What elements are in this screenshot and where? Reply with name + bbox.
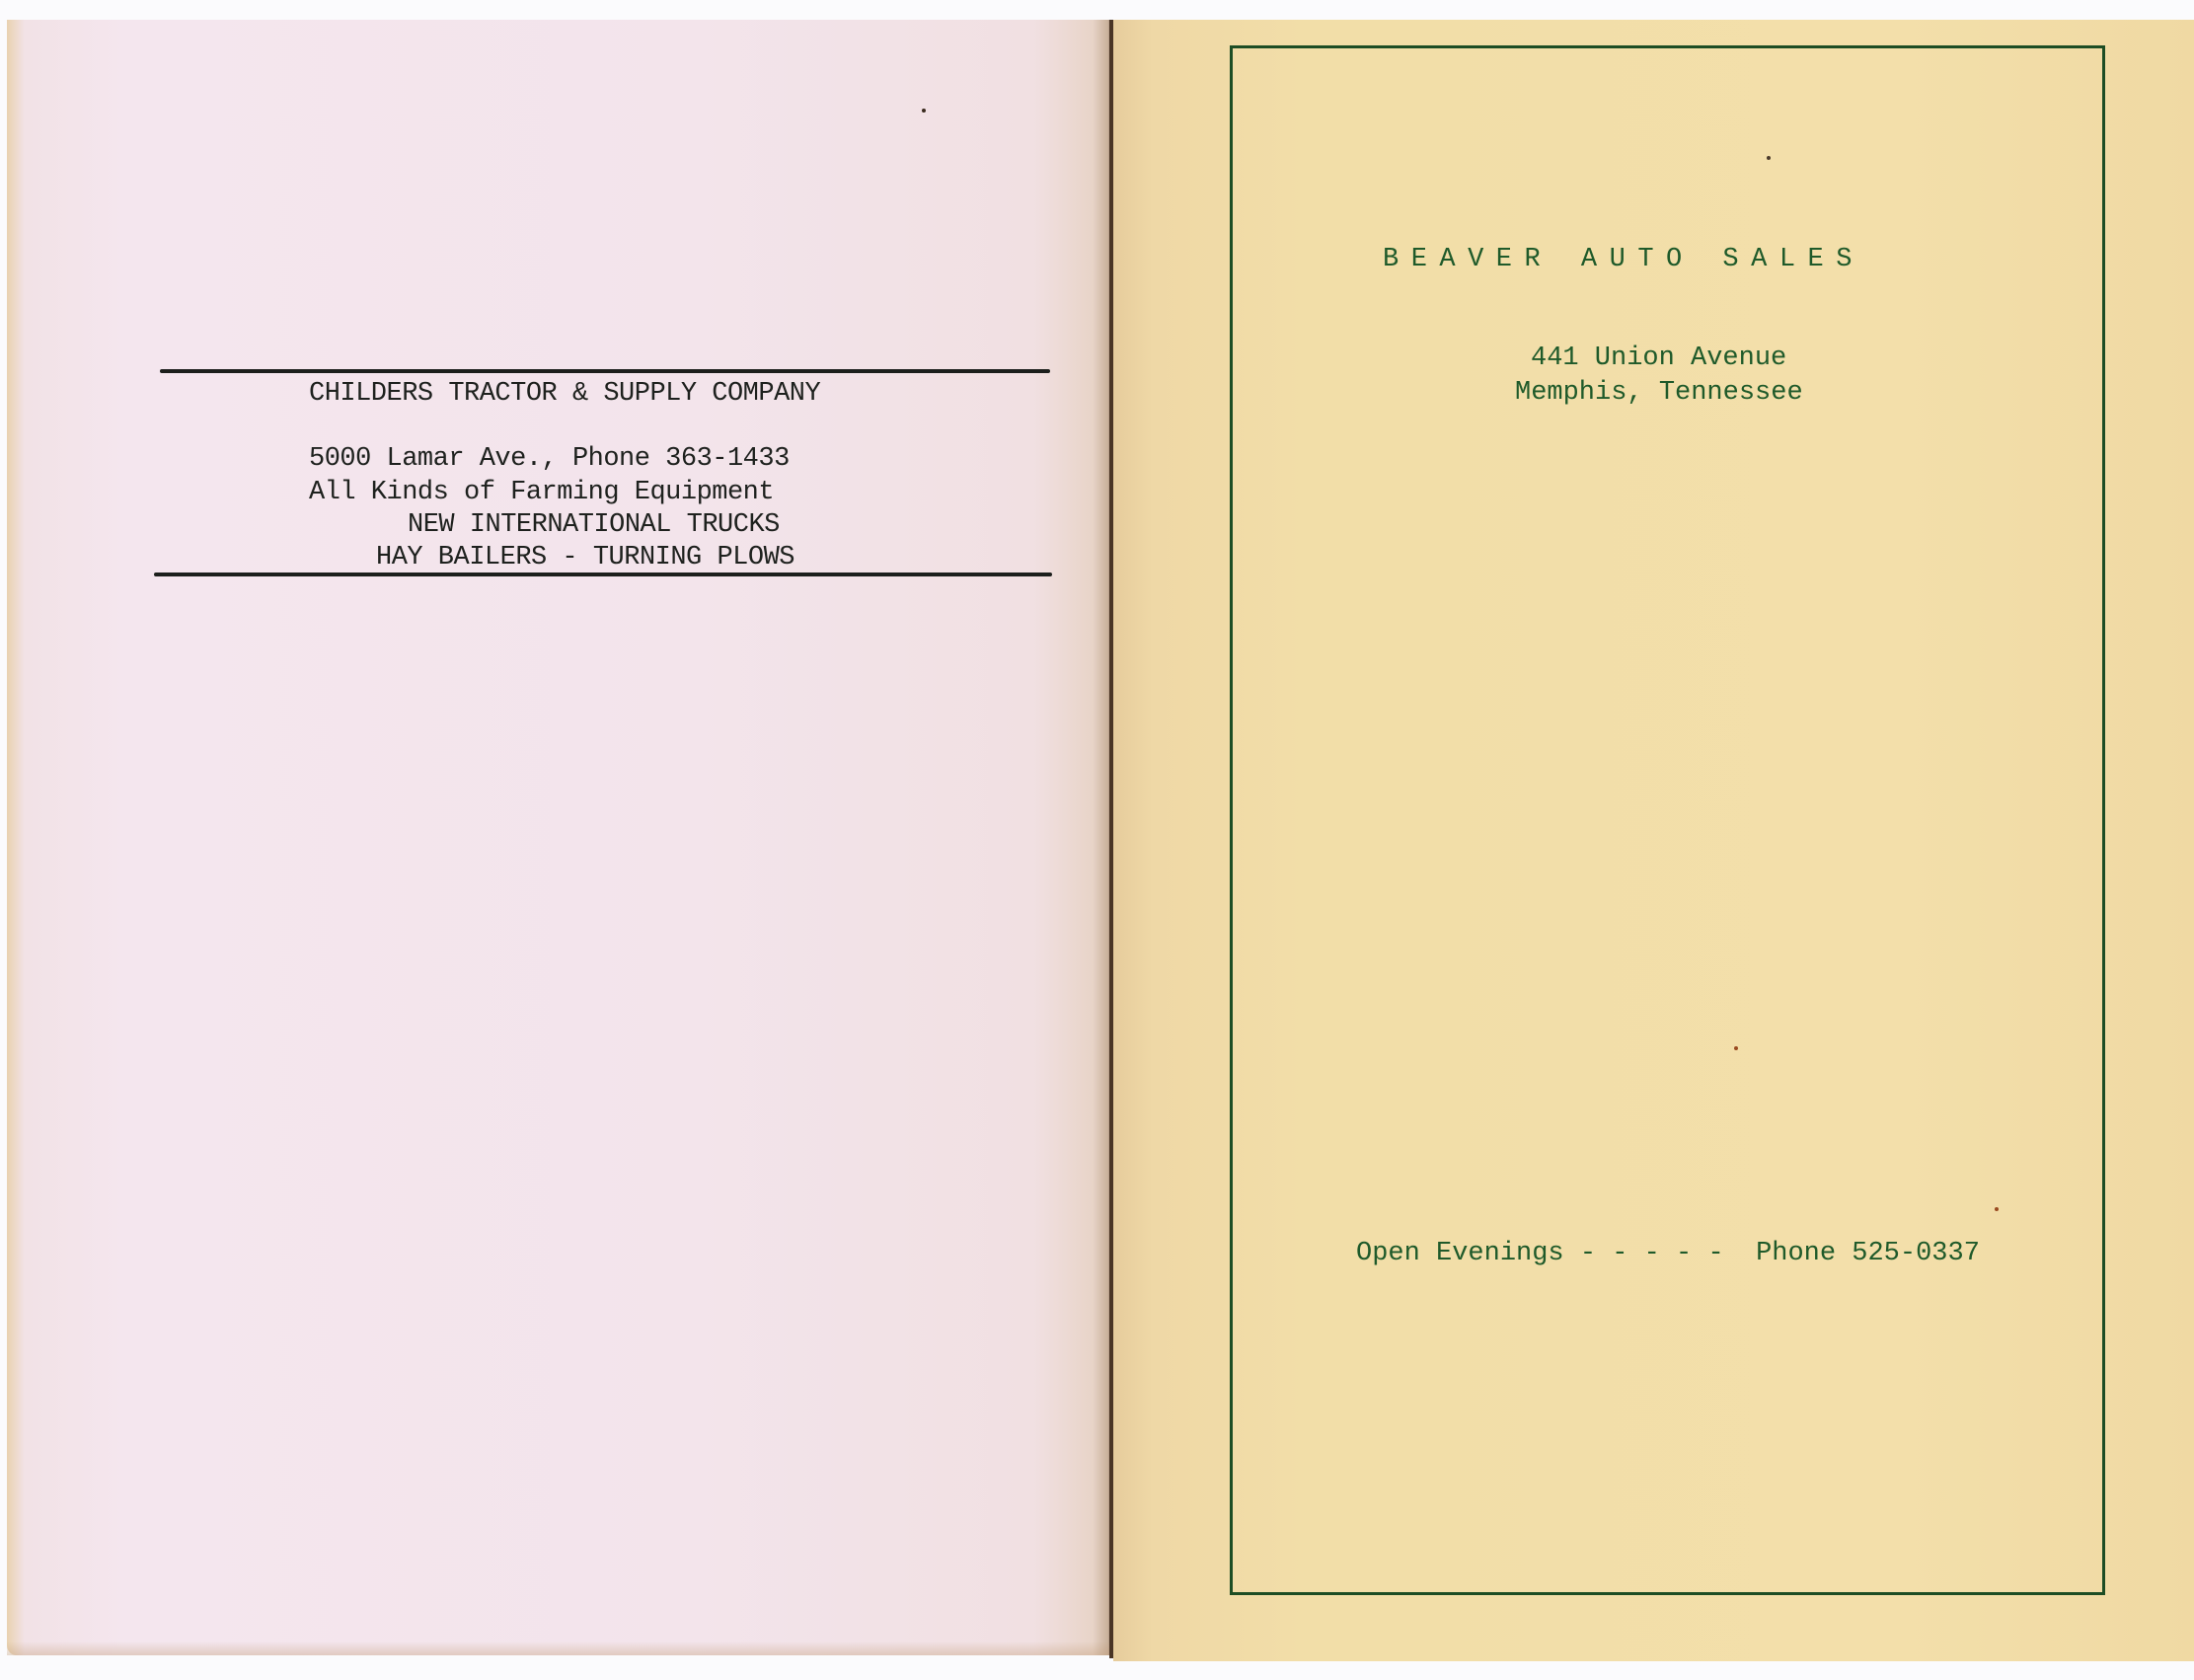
paper-speck [922,109,926,113]
childers-tagline: All Kinds of Farming Equipment [309,478,774,507]
beaver-street: 441 Union Avenue [1531,344,1786,373]
bottom-rule [154,573,1052,576]
childers-address-phone: 5000 Lamar Ave., Phone 363-1433 [309,444,790,474]
paper-speck [1734,1046,1738,1050]
top-rule [160,369,1050,373]
left-page [7,20,1112,1655]
beaver-ad-border [1230,45,2105,1595]
paper-speck [1767,156,1771,160]
childers-product-line-1: NEW INTERNATIONAL TRUCKS [408,510,780,540]
beaver-footer: Open Evenings - - - - - Phone 525-0337 [1356,1239,1980,1268]
childers-product-line-2: HAY BAILERS - TURNING PLOWS [376,543,794,573]
childers-company-name: CHILDERS TRACTOR & SUPPLY COMPANY [309,379,820,409]
paper-speck [1995,1207,1999,1211]
beaver-city: Memphis, Tennessee [1515,378,1803,408]
beaver-company-name: BEAVER AUTO SALES [1383,245,1864,274]
